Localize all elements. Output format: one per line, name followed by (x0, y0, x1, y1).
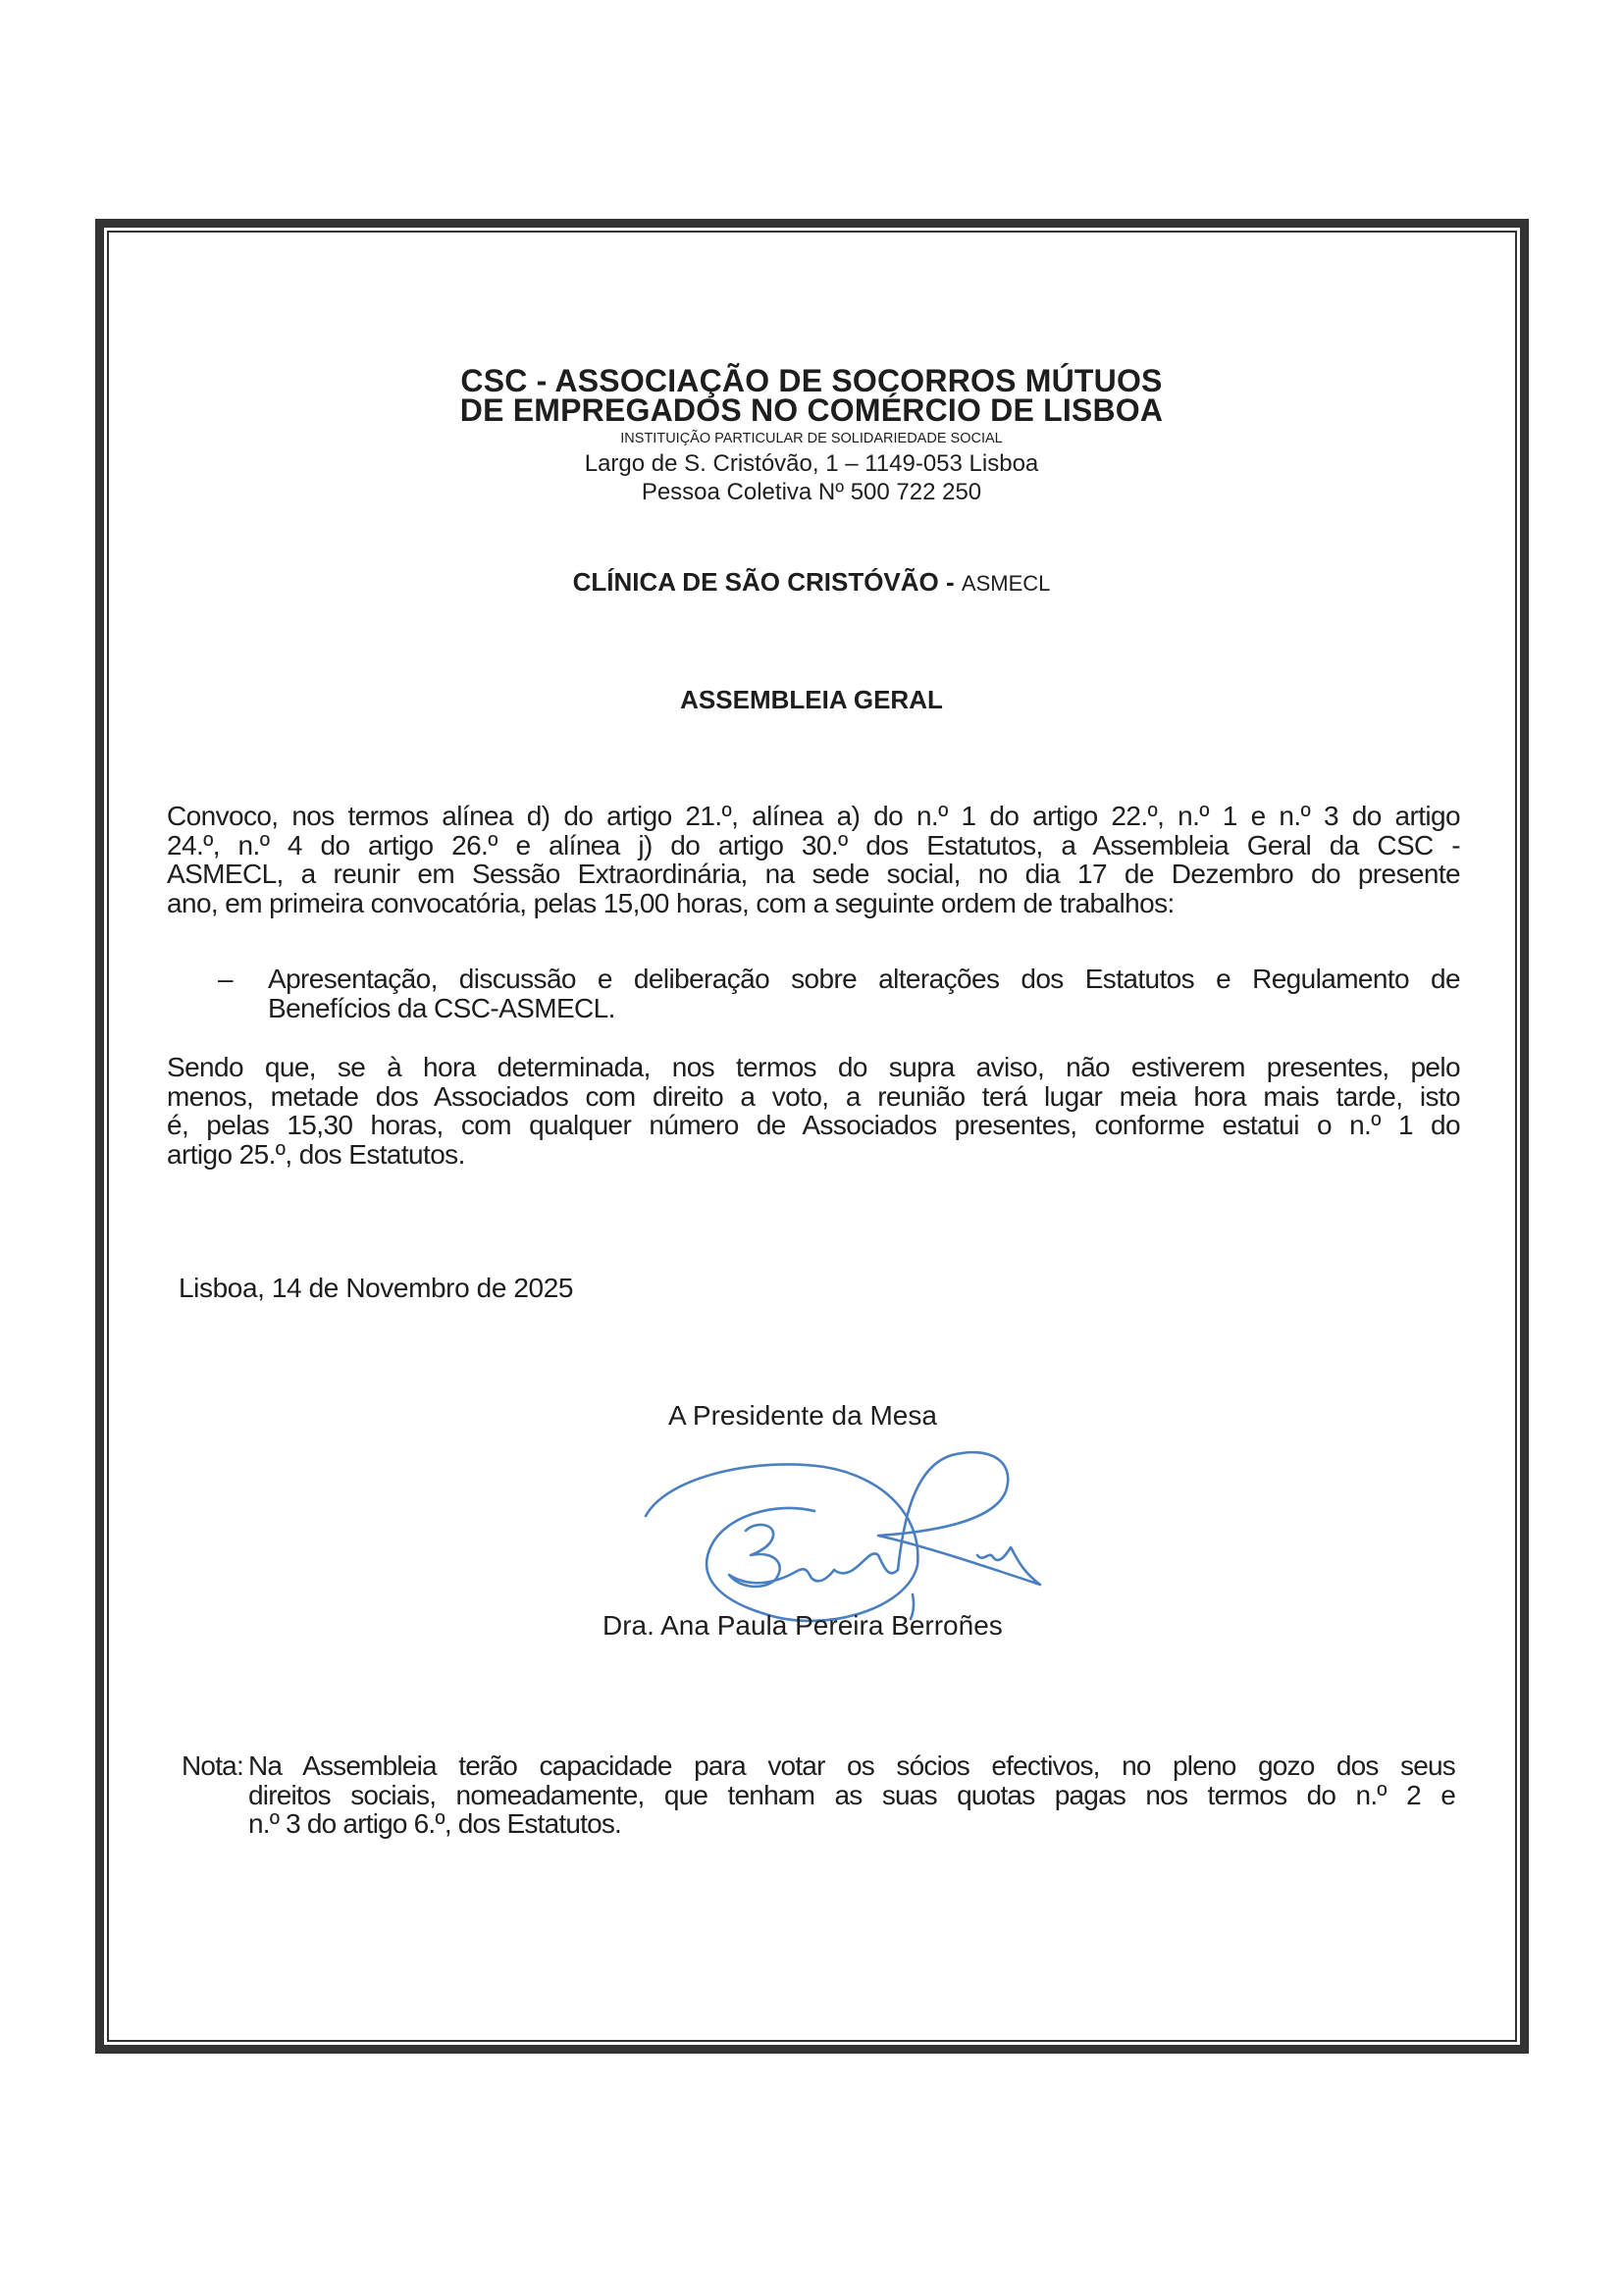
note-line: n.º 3 do artigo 6.º, dos Estatutos. (248, 1809, 1455, 1839)
org-address: Largo de S. Cristóvão, 1 – 1149-053 Lisb… (0, 449, 1623, 478)
note-line: Na Assembleia terão capacidade para vota… (248, 1751, 1455, 1781)
paragraph-line: Sendo que, se à hora determinada, nos te… (167, 1053, 1460, 1082)
paragraph-line: é, pelas 15,30 horas, com qualquer númer… (167, 1111, 1460, 1140)
org-name-line1: CSC - ASSOCIAÇÃO DE SOCORROS MÚTUOS (0, 366, 1623, 395)
org-name-line2: DE EMPREGADOS NO COMÉRCIO DE LISBOA (0, 395, 1623, 425)
agenda-line: Apresentação, discussão e deliberação so… (268, 965, 1460, 994)
clinic-heading: CLÍNICA DE SÃO CRISTÓVÃO - ASMECL (0, 567, 1623, 598)
institution-type: INSTITUIÇÃO PARTICULAR DE SOLIDARIEDADE … (0, 430, 1623, 447)
paragraph-line: ASMECL, a reunir em Sessão Extraordinári… (167, 860, 1460, 889)
paragraph-line: Convoco, nos termos alínea d) do artigo … (167, 802, 1460, 831)
dash-bullet-icon: – (218, 965, 233, 994)
clinic-suffix: ASMECL (962, 571, 1050, 596)
quorum-paragraph: Sendo que, se à hora determinada, nos te… (167, 1053, 1460, 1169)
signatory-name: Dra. Ana Paula Pereira Berroñes (602, 1610, 1003, 1642)
handwritten-signature-icon (628, 1437, 1060, 1634)
paragraph-line: menos, metade dos Associados com direito… (167, 1082, 1460, 1112)
paragraph-line: 24.º, n.º 4 do artigo 26.º e alínea j) d… (167, 831, 1460, 861)
note-line: direitos sociais, nomeadamente, que tenh… (248, 1781, 1455, 1810)
agenda-line: Benefícios da CSC-ASMECL. (268, 994, 1460, 1023)
paragraph-line: artigo 25.º, dos Estatutos. (167, 1140, 1460, 1170)
place-date: Lisboa, 14 de Novembro de 2025 (179, 1273, 573, 1304)
document-title: ASSEMBLEIA GERAL (0, 685, 1623, 715)
org-tax-id: Pessoa Coletiva Nº 500 722 250 (0, 478, 1623, 506)
note-label: Nota: (182, 1751, 243, 1781)
convocation-paragraph: Convoco, nos termos alínea d) do artigo … (167, 802, 1460, 917)
signatory-role: A Presidente da Mesa (668, 1400, 937, 1432)
paragraph-line: ano, em primeira convocatória, pelas 15,… (167, 889, 1460, 918)
clinic-name: CLÍNICA DE SÃO CRISTÓVÃO - (573, 567, 962, 597)
